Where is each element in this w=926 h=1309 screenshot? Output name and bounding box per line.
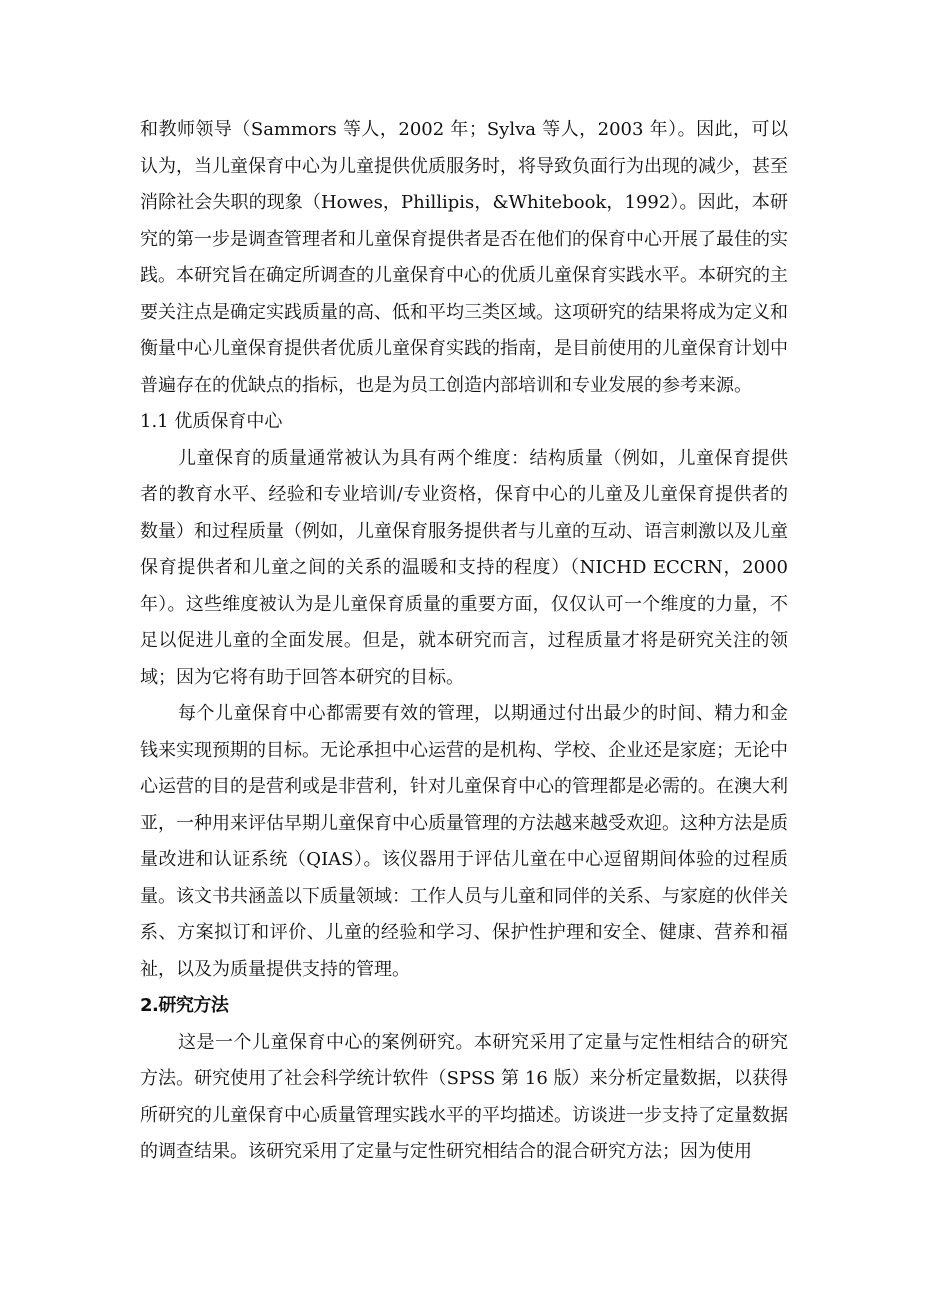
section-2-paragraph-1: 这是一个儿童保育中心的案例研究。本研究采用了定量与定性相结合的研究方法。研究使用… bbox=[140, 1025, 788, 1171]
section-1-1-paragraph-1: 儿童保育的质量通常被认为具有两个维度：结构质量（例如，儿童保育提供者的教育水平、… bbox=[140, 441, 788, 697]
section-2-heading: 2.研究方法 bbox=[140, 988, 788, 1025]
intro-paragraph: 和教师领导（Sammors 等人，2002 年；Sylva 等人，2003 年）… bbox=[140, 112, 788, 404]
document-page: 和教师领导（Sammors 等人，2002 年；Sylva 等人，2003 年）… bbox=[140, 112, 788, 1171]
section-1-1-heading: 1.1 优质保育中心 bbox=[140, 404, 788, 441]
section-1-1-paragraph-2: 每个儿童保育中心都需要有效的管理，以期通过付出最少的时间、精力和金钱来实现预期的… bbox=[140, 696, 788, 988]
